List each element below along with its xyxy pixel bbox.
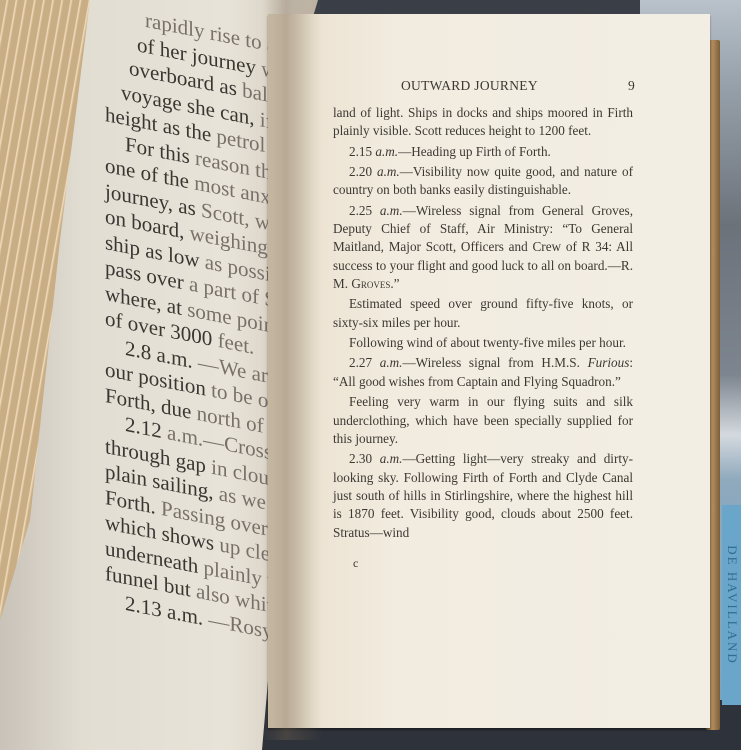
signature-mark: c: [353, 556, 358, 571]
timestamp: 2.30 a.m.: [349, 451, 402, 466]
paragraph-text: —Heading up Firth of Forth.: [398, 144, 551, 159]
page-number: 9: [628, 78, 635, 94]
timestamp: 2.25 a.m.: [349, 203, 403, 218]
paragraph-text: Following wind of about twenty-five mile…: [349, 335, 626, 350]
right-page-body: land of light. Ships in docks and ships …: [333, 104, 633, 544]
spine-label-text: DE HAVILLAND: [724, 545, 740, 664]
paragraph: 2.20 a.m.—Visibility now quite good, and…: [333, 163, 633, 200]
paragraph: 2.30 a.m.—Getting light—very streaky and…: [333, 450, 633, 542]
paragraph-text: Estimated speed over ground fifty-five k…: [333, 296, 633, 329]
timestamp: 2.27 a.m.: [349, 355, 402, 370]
ship-name: Furious: [588, 355, 630, 370]
paragraph: 2.25 a.m.—Wireless signal from General G…: [333, 202, 633, 294]
paragraph-text: Feeling very warm in our flying suits an…: [333, 394, 633, 446]
signature-name: Groves: [351, 276, 390, 291]
paragraph: 2.27 a.m.—Wireless signal from H.M.S. Fu…: [333, 354, 633, 391]
paragraph: Following wind of about twenty-five mile…: [333, 334, 633, 352]
timestamp: 2.20 a.m.: [349, 164, 400, 179]
paragraph-text: —Wireless signal from H.M.S.: [402, 355, 587, 370]
paragraph: Estimated speed over ground fifty-five k…: [333, 295, 633, 332]
paragraph: 2.15 a.m.—Heading up Firth of Forth.: [333, 143, 633, 161]
paragraph: land of light. Ships in docks and ships …: [333, 104, 633, 141]
background-book-spine: DE HAVILLAND: [722, 505, 741, 705]
running-head-title: OUTWARD JOURNEY: [401, 78, 538, 94]
timestamp: 2.15 a.m.: [349, 144, 398, 159]
paragraph: Feeling very warm in our flying suits an…: [333, 393, 633, 448]
paragraph-text: land of light. Ships in docks and ships …: [333, 105, 633, 138]
running-head: OUTWARD JOURNEY 9: [333, 78, 633, 96]
